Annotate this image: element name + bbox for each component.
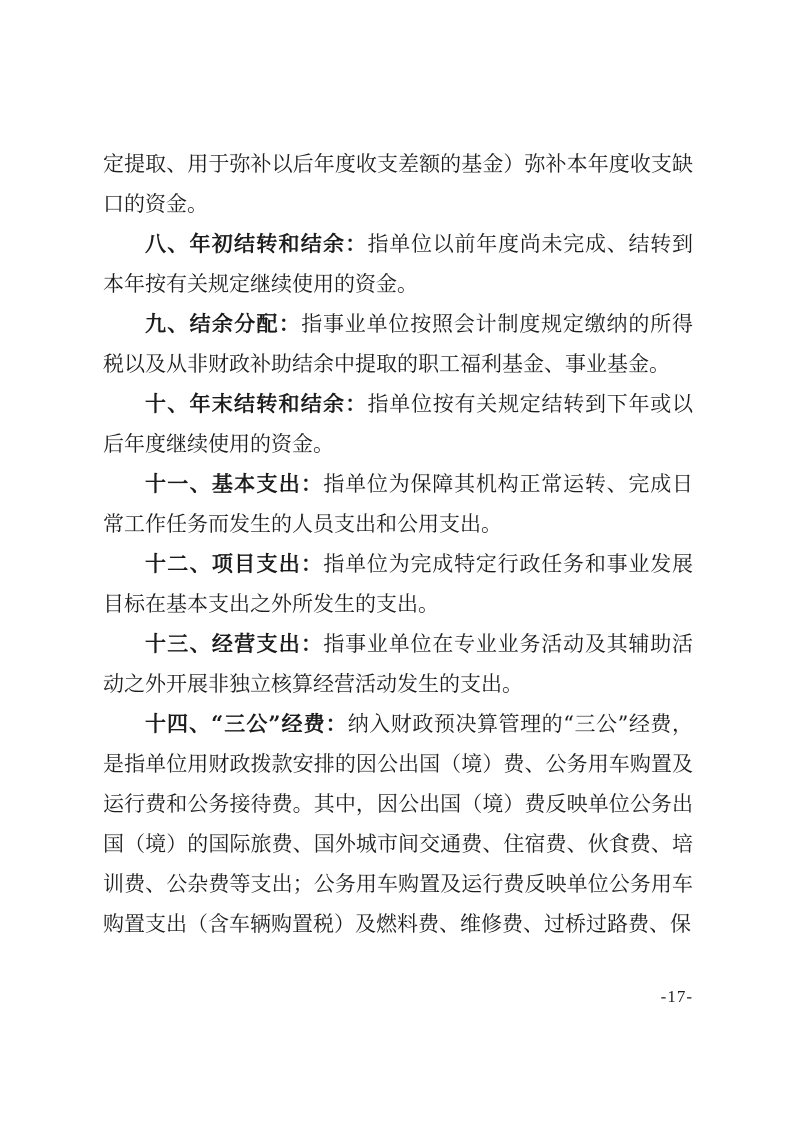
term-label: 八、年初结转和结余： — [145, 231, 368, 256]
paragraph: 十三、经营支出：指事业单位在专业业务活动及其辅助活动之外开展非独立核算经营活动发… — [103, 624, 693, 704]
paragraph: 十、年末结转和结余：指单位按有关规定结转到下年或以后年度继续使用的资金。 — [103, 384, 693, 464]
term-label: 十二、项目支出： — [145, 551, 323, 576]
paragraph: 八、年初结转和结余：指单位以前年度尚未完成、结转到本年按有关规定继续使用的资金。 — [103, 224, 693, 304]
term-label: 十四、“三公”经费： — [145, 711, 348, 736]
paragraph: 十二、项目支出：指单位为完成特定行政任务和事业发展目标在基本支出之外所发生的支出… — [103, 544, 693, 624]
paragraph: 九、结余分配：指事业单位按照会计制度规定缴纳的所得税以及从非财政补助结余中提取的… — [103, 304, 693, 384]
paragraph: 定提取、用于弥补以后年度收支差额的基金）弥补本年度收支缺口的资金。 — [103, 144, 693, 224]
paragraph: 十四、“三公”经费：纳入财政预决算管理的“三公”经费，是指单位用财政拨款安排的因… — [103, 704, 693, 944]
term-label: 十一、基本支出： — [145, 471, 323, 496]
term-label: 十三、经营支出： — [145, 631, 323, 656]
page-number: -17- — [661, 987, 693, 1007]
paragraph: 十一、基本支出：指单位为保障其机构正常运转、完成日常工作任务而发生的人员支出和公… — [103, 464, 693, 544]
document-body: 定提取、用于弥补以后年度收支差额的基金）弥补本年度收支缺口的资金。 八、年初结转… — [103, 144, 693, 944]
term-label: 十、年末结转和结余： — [145, 391, 368, 416]
term-label: 九、结余分配： — [145, 311, 301, 336]
paragraph-text: 纳入财政预决算管理的“三公”经费，是指单位用财政拨款安排的因公出国（境）费、公务… — [103, 712, 693, 936]
paragraph-text: 定提取、用于弥补以后年度收支差额的基金）弥补本年度收支缺口的资金。 — [103, 152, 693, 216]
document-page: 定提取、用于弥补以后年度收支差额的基金）弥补本年度收支缺口的资金。 八、年初结转… — [0, 0, 793, 1122]
